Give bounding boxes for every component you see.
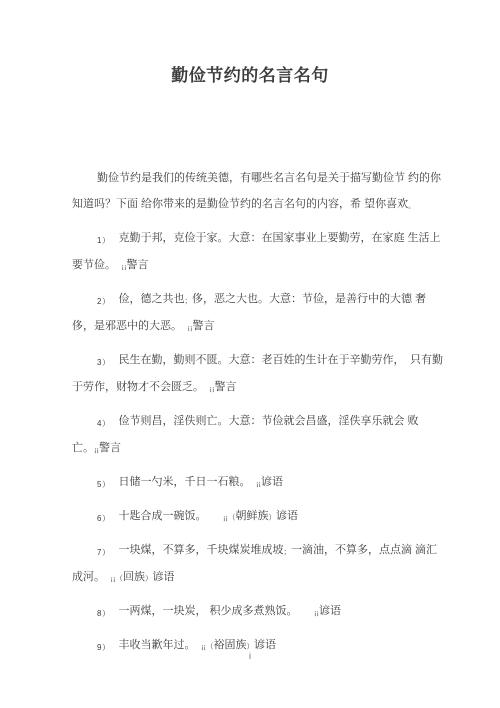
small-punctuation-mark: ； [184, 296, 192, 305]
text-segment: 回族 [123, 571, 145, 583]
text-segment: 谚语 [319, 605, 341, 617]
text-segment: 谚语 [276, 510, 298, 522]
text-line: 1）克勤于邦，克俭于家。大意：在国家事业上要勤劳，在家庭 生活上 [72, 225, 428, 252]
item-number: 2） [97, 297, 110, 306]
small-punctuation-mark: ¡¡ [188, 323, 193, 332]
text-segment: 警言 [99, 442, 121, 454]
text-line: 勤俭节约是我们的传统美德，有哪些名言名句是关于描写勤俭节 约的你 [72, 165, 428, 191]
list-item: 8）一两煤，一块炭， 积少成多煮熟饭。 ¡¡谚语 [72, 598, 428, 625]
small-punctuation-mark: ¡¡（ [223, 513, 236, 522]
text-segment: 一块煤，不算多，千块煤炭堆成坡 [118, 544, 283, 556]
text-segment: 成河。 [72, 571, 111, 583]
text-segment: 一滴油，不算多，点点滴 滴汇 [291, 544, 437, 556]
document-page: 勤俭节约的名言名句 勤俭节约是我们的传统美德，有哪些名言名句是关于描写勤俭节 约… [0, 0, 500, 708]
document-body: 勤俭节约是我们的传统美德，有哪些名言名句是关于描写勤俭节 约的你知道吗？下面 给… [72, 165, 428, 659]
text-line: 7）一块煤，不算多，千块煤炭堆成坡；一滴油，不算多，点点滴 滴汇 [72, 537, 428, 564]
text-segment: 克勤于邦，克俭于家。大意：在国家事业上要勤劳，在家庭 生活上 [118, 232, 440, 244]
small-punctuation-mark: ¡¡ [122, 262, 127, 271]
text-segment: 日储一勺米，千日一石粮。 [118, 476, 256, 488]
text-line: 侈，是邪恶中的大恶。 ¡¡警言 [72, 313, 428, 340]
text-line: 于劳作，财物才不会匮乏。 ¡¡警言 [72, 374, 428, 401]
text-line: 亡。¡¡警言 [72, 435, 428, 462]
item-number: 4） [97, 419, 110, 428]
text-segment: 朝鲜族 [235, 510, 268, 522]
item-number: 1） [97, 236, 110, 245]
small-punctuation-mark: ； [283, 547, 291, 556]
text-segment: 警言 [215, 381, 237, 393]
text-segment: 俭节则昌，淫佚则亡。大意：节俭就会昌盛，淫佚享乐就会 败 [118, 415, 418, 427]
text-line: 2）俭，德之共也；侈，恶之大也。大意：节俭，是善行中的大德 奢 [72, 286, 428, 313]
list-item: 2）俭，德之共也；侈，恶之大也。大意：节俭，是善行中的大德 奢侈，是邪恶中的大恶… [72, 286, 428, 340]
small-punctuation-mark: ¡¡ [94, 445, 99, 454]
text-line: 4）俭节则昌，淫佚则亡。大意：节俭就会昌盛，淫佚享乐就会 败 [72, 408, 428, 435]
text-segment: 俭，德之共也 [118, 293, 184, 305]
text-line: 要节俭。 ¡¡警言 [72, 252, 428, 279]
text-segment: 亡。 [72, 442, 94, 454]
text-segment: 勤俭节约是我们的传统美德，有哪些名言名句是关于描写勤俭节 约的你 [97, 172, 441, 184]
item-number: 8） [97, 609, 110, 618]
text-line: 3）民生在勤，勤则不匮。大意：老百姓的生计在于辛勤劳作， 只有勤 [72, 347, 428, 374]
item-number: 3） [97, 358, 110, 367]
text-line: 8）一两煤，一块炭， 积少成多煮熟饭。 ¡¡谚语 [72, 598, 428, 625]
text-segment: 谚语 [261, 476, 283, 488]
small-punctuation-mark: ） [268, 513, 276, 522]
list-item: 1）克勤于邦，克俭于家。大意：在国家事业上要勤劳，在家庭 生活上要节俭。 ¡¡警… [72, 225, 428, 279]
text-segment: 侈，恶之大也。大意：节俭，是善行中的大德 奢 [192, 293, 426, 305]
text-segment: 知道吗？下面 给你带来的是勤俭节约的名言名句的内容，希 望你喜欢 [72, 198, 408, 210]
small-punctuation-mark: ¡¡ [210, 384, 215, 393]
small-punctuation-mark: ¡¡（ [111, 574, 124, 583]
text-line: 成河。 ¡¡（回族）谚语 [72, 564, 428, 591]
list-item: 6）十匙合成一碗饭。 ¡¡（朝鲜族）谚语 [72, 503, 428, 530]
text-segment: 警言 [193, 320, 215, 332]
text-segment: 要节俭。 [72, 259, 122, 271]
text-line: 6）十匙合成一碗饭。 ¡¡（朝鲜族）谚语 [72, 503, 428, 530]
list-item: 4）俭节则昌，淫佚则亡。大意：节俭就会昌盛，淫佚享乐就会 败亡。¡¡警言 [72, 408, 428, 462]
text-segment: 一两煤，一块炭， 积少成多煮熟饭。 [118, 605, 314, 617]
small-punctuation-mark: ） [145, 574, 153, 583]
text-segment: 民生在勤，勤则不匮。大意：老百姓的生计在于辛勤劳作， 只有勤 [118, 354, 443, 366]
small-punctuation-mark: 。 [408, 201, 416, 210]
list-item: 7）一块煤，不算多，千块煤炭堆成坡；一滴油，不算多，点点滴 滴汇成河。 ¡¡（回… [72, 537, 428, 591]
text-segment: 于劳作，财物才不会匮乏。 [72, 381, 210, 393]
list-item: 5）日储一勺米，千日一石粮。 ¡¡谚语 [72, 469, 428, 496]
item-number: 7） [97, 548, 110, 557]
text-segment: 侈，是邪恶中的大恶。 [72, 320, 188, 332]
text-segment: 警言 [127, 259, 149, 271]
text-segment: 十匙合成一碗饭。 [118, 510, 223, 522]
page-title: 勤俭节约的名言名句 [0, 0, 500, 88]
text-segment: 谚语 [153, 571, 175, 583]
small-punctuation-mark: ¡¡ [256, 479, 261, 488]
item-number: 5） [97, 480, 110, 489]
list-item: 3）民生在勤，勤则不匮。大意：老百姓的生计在于辛勤劳作， 只有勤于劳作，财物才不… [72, 347, 428, 401]
text-line: 5）日储一勺米，千日一石粮。 ¡¡谚语 [72, 469, 428, 496]
text-line: 知道吗？下面 给你带来的是勤俭节约的名言名句的内容，希 望你喜欢。 [72, 191, 428, 218]
small-punctuation-mark: ¡¡ [314, 608, 319, 617]
item-number: 6） [97, 514, 110, 523]
page-number: i [0, 650, 500, 662]
intro-paragraph: 勤俭节约是我们的传统美德，有哪些名言名句是关于描写勤俭节 约的你知道吗？下面 给… [72, 165, 428, 218]
